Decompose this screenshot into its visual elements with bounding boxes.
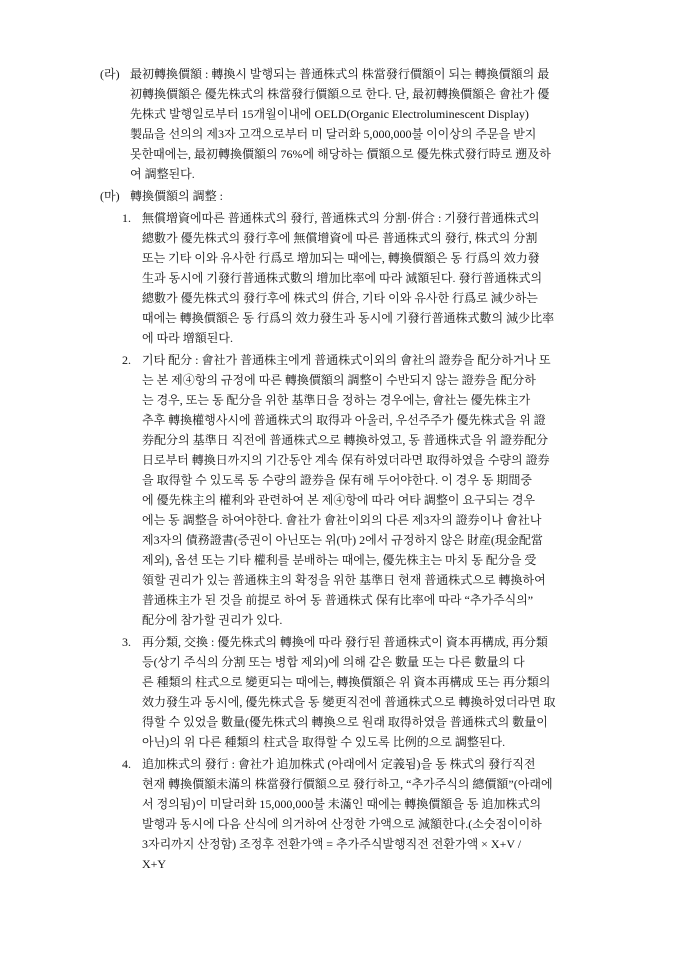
list-item-4-number: 4. (122, 754, 142, 774)
section-ra: (라) 最初轉換價額 : 轉換시 발행되는 普通株式의 株當發行價額이 되는 轉… (100, 64, 642, 184)
list-item-1: 1. 無償增資에따른 普通株式의 發行, 普通株式의 分割·倂合 : 기發行普通… (100, 208, 642, 348)
section-ma-heading: 轉換價額의 調整 : (130, 186, 642, 206)
list-item-4: 4. 追加株式의 發行 : 會社가 追加株式 (아래에서 定義됨)을 동 株式의… (100, 754, 642, 874)
list-item-2-text: 기타 配分 : 會社가 普通株主에게 普通株式이외의 會社의 證券을 配分하거나… (142, 350, 642, 630)
list-item-1-text: 無償增資에따른 普通株式의 發行, 普通株式의 分割·倂合 : 기發行普通株式의… (142, 208, 642, 348)
list-item-2: 2. 기타 配分 : 會社가 普通株主에게 普通株式이외의 會社의 證券을 配分… (100, 350, 642, 630)
list-item-4-text: 追加株式의 發行 : 會社가 追加株式 (아래에서 定義됨)을 동 株式의 發行… (142, 754, 642, 874)
section-ra-paragraph: 最初轉換價額 : 轉換시 발행되는 普通株式의 株當發行價額이 되는 轉換價額의… (130, 64, 642, 184)
list-item-3-text: 再分類, 交換 : 優先株式의 轉換에 따라 發行된 普通株式이 資本再構成, … (142, 632, 642, 752)
list-item-3: 3. 再分類, 交換 : 優先株式의 轉換에 따라 發行된 普通株式이 資本再構… (100, 632, 642, 752)
section-ma: (마) 轉換價額의 調整 : (100, 186, 642, 206)
section-ma-label: (마) (100, 186, 130, 206)
list-item-3-number: 3. (122, 632, 142, 652)
list-item-1-number: 1. (122, 208, 142, 228)
list-item-2-number: 2. (122, 350, 142, 370)
document-page: (라) 最初轉換價額 : 轉換시 발행되는 普通株式의 株當發行價額이 되는 轉… (0, 0, 680, 962)
section-ra-label: (라) (100, 64, 130, 84)
